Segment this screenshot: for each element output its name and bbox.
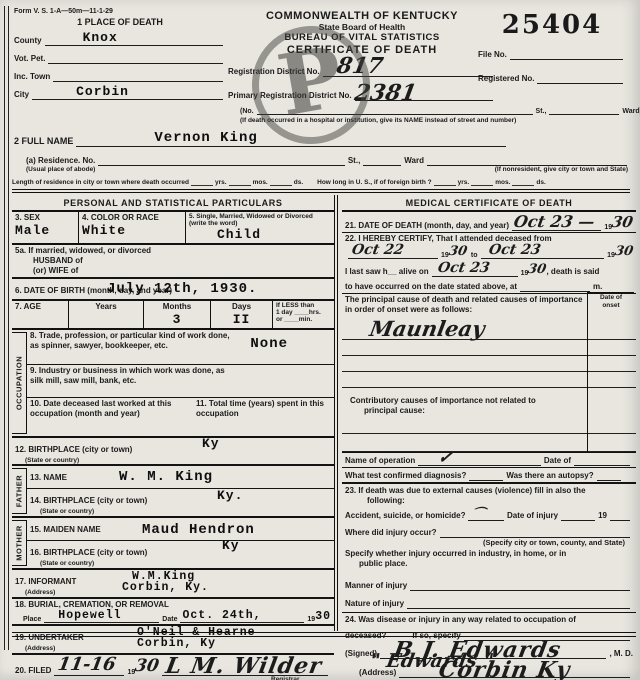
- item24-text2: deceased?: [345, 631, 386, 641]
- length-of-residence-row: Length of residence in city or town wher…: [12, 176, 630, 193]
- filed-year-value: 30: [133, 656, 160, 676]
- sex-label: 3. SEX: [15, 213, 75, 223]
- mos2-label: mos.: [495, 179, 510, 186]
- medical-certificate-column: MEDICAL CERTIFICATE OF DEATH 21. DATE OF…: [338, 195, 636, 631]
- full-name-label: 2 FULL NAME: [14, 136, 73, 147]
- residence-row: (a) Residence. No. St., Ward: [14, 154, 630, 166]
- date-of-death-row: 21. DATE OF DEATH (month, day, and year)…: [342, 212, 636, 233]
- nature-field: [407, 597, 630, 609]
- residence-st-field: [363, 154, 401, 166]
- age-cell: 7. AGE: [12, 301, 68, 328]
- occurred-at-field: [520, 280, 590, 292]
- date-of-death-value: Oct 23 —: [512, 212, 596, 231]
- item5a-row: 5a. If married, widowed, or divorced HUS…: [12, 245, 334, 279]
- burial-row: 18. BURIAL, CREMATION, OR REMOVAL Place …: [12, 599, 334, 626]
- city-row: City Corbin: [14, 88, 226, 100]
- howlong-mos-field: [471, 176, 493, 186]
- mother-gutter: MOTHER: [12, 520, 27, 566]
- accident-field: ⌒: [468, 509, 504, 521]
- sex-value: Male: [15, 223, 75, 238]
- file-no-label: File No.: [478, 50, 507, 60]
- occurred-label: to have occurred on the date stated abov…: [345, 282, 517, 292]
- item10-label: 10. Date deceased last worked at this oc…: [30, 399, 190, 435]
- age-label: 7. AGE: [15, 302, 65, 312]
- filed-date-value: 11-16: [57, 654, 118, 675]
- residence-st-label: St.,: [348, 156, 360, 166]
- accident-mark: ⌒: [471, 503, 487, 522]
- lastsaw-label: I last saw h__ alive on: [345, 267, 429, 277]
- father-gutter: FATHER: [12, 468, 27, 514]
- days-label: Days: [214, 302, 269, 312]
- specify-whether-text2: public place.: [359, 559, 633, 569]
- occupation-vertical-label: OCCUPATION: [15, 356, 24, 410]
- city-label: City: [14, 90, 29, 100]
- burial-date-value: Oct. 24th,: [182, 609, 261, 622]
- county-row: County Knox: [14, 34, 226, 46]
- length-mos-field: [229, 176, 251, 186]
- ds2-label: ds.: [536, 179, 545, 186]
- informant-address: Corbin, Ky.: [122, 581, 209, 594]
- undertaker-address: Corbin, Ky: [137, 637, 216, 650]
- item15-label: 15. MAIDEN NAME: [30, 525, 101, 534]
- date-of-label: Date of: [544, 456, 571, 466]
- burial-date-field: Oct. 24th,: [180, 611, 304, 623]
- abode-note: (Usual place of abode): [26, 166, 95, 173]
- item12-subnote: (State or country): [25, 457, 331, 464]
- registrar-signature: L M. Wilder: [164, 653, 324, 679]
- burial-year-prefix: 19: [307, 616, 315, 623]
- primary-registration-field: 2381: [355, 89, 493, 101]
- occupation-gutter: OCCUPATION: [12, 332, 27, 434]
- marital-cell: 5. Single, Married, Widowed or Divorced …: [185, 212, 334, 243]
- nature-label: Nature of injury: [345, 599, 404, 609]
- operation-row: Name of operation ✓ Date of: [342, 453, 636, 468]
- item15-value: Maud Hendron: [142, 522, 255, 538]
- father-group: FATHER 13. NAME W. M. King 14. BIRTHPLAC…: [12, 466, 334, 518]
- residence-no-field: [98, 154, 344, 166]
- item16-row: 16. BIRTHPLACE (city or town) Ky (State …: [27, 541, 334, 568]
- heading-line2: State Board of Health: [228, 22, 496, 32]
- county-field: Knox: [45, 34, 223, 46]
- father-vertical-label: FATHER: [15, 475, 24, 507]
- occupation-group: OCCUPATION 8. Trade, profession, or part…: [12, 330, 334, 438]
- accident-label: Accident, suicide, or homicide?: [345, 511, 465, 521]
- age-row: 7. AGE Years Months 3 Days II If LESS th…: [12, 301, 334, 330]
- item23-text2: following:: [367, 496, 633, 506]
- autopsy-label: Was there an autopsy?: [506, 471, 593, 481]
- item24-text1: 24. Was disease or injury in any way rel…: [345, 615, 633, 625]
- cause-value: Maunleay: [368, 316, 487, 341]
- county-value: Knox: [83, 30, 118, 45]
- street-no-label: (No.: [240, 108, 254, 115]
- certify-block: 22. I HEREBY CERTIFY, That I attended de…: [342, 233, 636, 294]
- hrs-label: hrs.: [309, 309, 321, 316]
- handwritten-annotation: " Edwards ": [368, 650, 495, 672]
- filed-label: 20. FILED: [15, 666, 51, 676]
- item11-label: 11. Total time (years) spent in this occ…: [196, 399, 331, 435]
- date-of-death-label: 21. DATE OF DEATH (month, day, and year): [345, 221, 509, 231]
- burial-place-field: Hopewell: [44, 611, 159, 623]
- informant-label: 17. INFORMANT: [15, 577, 76, 586]
- item5a-label: 5a. If married, widowed, or divorced: [15, 246, 331, 256]
- certificate-serial-number: 25404: [478, 10, 626, 40]
- months-value: 3: [147, 312, 207, 327]
- date-injury-field: [561, 509, 595, 521]
- burial-place-label: Place: [23, 616, 41, 623]
- item8-value: None: [250, 336, 288, 352]
- test-label: What test confirmed diagnosis?: [345, 471, 466, 481]
- injury-year-prefix: 19: [598, 511, 607, 521]
- date-of-onset-box: Date of onset: [587, 292, 634, 452]
- burial-date-label: Date: [162, 616, 177, 623]
- operation-field: ✓: [418, 454, 541, 466]
- length-ds-field: [270, 176, 292, 186]
- howlong-label: How long in U. S., if of foreign birth ?: [317, 179, 431, 186]
- item14-value: Ky.: [217, 488, 243, 503]
- specify-city-note: (Specify city or town, county, and State…: [345, 538, 625, 547]
- item15-row: 15. MAIDEN NAME Maud Hendron: [27, 518, 334, 541]
- medical-title: MEDICAL CERTIFICATE OF DEATH: [342, 195, 636, 212]
- injury-year-field: [610, 509, 630, 521]
- inc-town-label: Inc. Town: [14, 72, 50, 82]
- lastsaw-value: Oct 23: [436, 260, 490, 276]
- lastsaw-field: Oct 23: [432, 265, 518, 277]
- sex-race-marital-row: 3. SEX Male 4. COLOR OR RACE White 5. Si…: [12, 212, 334, 245]
- residence-label: (a) Residence. No.: [26, 156, 95, 166]
- item14-subnote: (State or country): [40, 508, 331, 515]
- months-label: Months: [147, 302, 207, 312]
- min-label: min.: [299, 316, 312, 323]
- form-header: P Form V. S. 1-A—50m—11-1-29 1 PLACE OF …: [12, 0, 636, 133]
- inc-town-field: [53, 70, 223, 82]
- undertaker-row: 19. UNDERTAKER O'Neil & Hearne Corbin, K…: [12, 626, 334, 655]
- item12-label: 12. BIRTHPLACE (city or town): [15, 445, 132, 454]
- death-certificate-scan: P Form V. S. 1-A—50m—11-1-29 1 PLACE OF …: [0, 0, 640, 680]
- less2-label: 1 day: [276, 309, 293, 316]
- item13-row: 13. NAME W. M. King: [27, 466, 334, 489]
- heading-line3: BUREAU OF VITAL STATISTICS: [228, 32, 496, 43]
- mother-group: MOTHER 15. MAIDEN NAME Maud Hendron 16. …: [12, 518, 334, 570]
- undertaker-label: 19. UNDERTAKER: [15, 633, 84, 642]
- item10-11-row: 10. Date deceased last worked at this oc…: [27, 398, 334, 436]
- age-less-cell: If LESS than 1 day ____hrs. or ____min.: [272, 301, 334, 328]
- date-of-death-field: Oct 23 —: [512, 219, 601, 231]
- item8-row: 8. Trade, profession, or particular kind…: [27, 330, 334, 365]
- lastsaw-year-value: 30: [527, 262, 548, 277]
- mother-vertical-label: MOTHER: [15, 525, 24, 561]
- vot-pet-row: Vot. Pet.: [14, 52, 226, 64]
- yrs2-label: yrs.: [458, 179, 470, 186]
- age-years-cell: Years: [68, 301, 143, 328]
- registered-no-label: Registered No.: [478, 74, 534, 84]
- burial-year-value: 30: [315, 610, 331, 623]
- wife-label: (or) WIFE of: [33, 266, 331, 276]
- full-name-value: Vernon King: [154, 130, 257, 146]
- to-year-value: 30: [614, 244, 635, 259]
- file-number-block: 25404 File No. Registered No.: [478, 10, 626, 84]
- registrar-sig-field: L M. Wilder: [162, 664, 328, 676]
- item14-label: 14. BIRTHPLACE (city or town): [30, 496, 147, 505]
- where-injury-field: [440, 526, 630, 538]
- dod-year-value: 30: [611, 213, 635, 231]
- informant-row: 17. INFORMANT W.M.King Corbin, Ky. (Addr…: [12, 570, 334, 599]
- p-stamp-letter: P: [271, 27, 350, 135]
- place-of-death-block: Form V. S. 1-A—50m—11-1-29 1 PLACE OF DE…: [14, 8, 226, 100]
- street-ward-label: Ward): [622, 108, 640, 115]
- city-value: Corbin: [76, 84, 129, 99]
- item9-row: 9. Industry or business in which work wa…: [27, 365, 334, 398]
- race-value: White: [82, 223, 182, 238]
- contributory-label1: Contributory causes of importance not re…: [350, 396, 586, 406]
- operation-checkmark: ✓: [436, 447, 455, 468]
- race-label: 4. COLOR OR RACE: [82, 213, 182, 223]
- attended-to-value: Oct 23: [487, 242, 541, 258]
- autopsy-field: [597, 469, 621, 481]
- howlong-yrs-field: [434, 176, 456, 186]
- manner-field: [410, 579, 630, 591]
- md-label: , M. D.: [609, 649, 633, 659]
- age-days-cell: Days II: [210, 301, 272, 328]
- place-of-death-label: 1 PLACE OF DEATH: [14, 17, 226, 28]
- form-number: Form V. S. 1-A—50m—11-1-29: [14, 8, 226, 15]
- item9-label: 9. Industry or business in which work wa…: [30, 366, 240, 386]
- yrs-label: yrs.: [215, 179, 227, 186]
- to-label: to: [471, 252, 478, 259]
- street-st-field: [549, 103, 619, 115]
- where-injury-label: Where did injury occur?: [345, 528, 437, 538]
- date-injury-label: Date of injury: [507, 511, 558, 521]
- item8-label: 8. Trade, profession, or particular kind…: [30, 331, 230, 351]
- m-label: m.: [593, 282, 602, 292]
- item12-row: 12. BIRTHPLACE (city or town) Ky (State …: [12, 438, 334, 466]
- inc-town-row: Inc. Town: [14, 70, 226, 82]
- ds-label: ds.: [294, 179, 303, 186]
- test-autopsy-row: What test confirmed diagnosis? Was there…: [342, 468, 636, 484]
- manner-of-injury-row: Manner of injury: [342, 579, 636, 591]
- burial-place-value: Hopewell: [58, 609, 121, 622]
- cause-of-death-block: The principal cause of death and related…: [342, 294, 636, 453]
- item14-row: 14. BIRTHPLACE (city or town) Ky. (State…: [27, 489, 334, 516]
- item16-value: Ky: [222, 538, 240, 553]
- item13-label: 13. NAME: [30, 473, 67, 482]
- manner-label: Manner of injury: [345, 581, 407, 591]
- registered-no-field: [537, 72, 623, 84]
- residence-subnotes: (Usual place of abode) (If nonresident, …: [26, 166, 628, 173]
- item13-value: W. M. King: [119, 469, 213, 485]
- file-no-field: [510, 48, 623, 60]
- howlong-ds-field: [512, 176, 534, 186]
- vot-pet-label: Vot. Pet.: [14, 54, 45, 64]
- file-no-row: File No.: [478, 48, 626, 60]
- operation-label: Name of operation: [345, 456, 415, 466]
- dob-value: July 12th, 1930.: [107, 281, 257, 297]
- length-label: Length of residence in city or town wher…: [12, 179, 189, 186]
- date-of-onset-label1: Date of: [588, 294, 634, 301]
- street-st-label: St.,: [536, 108, 547, 115]
- mos-label: mos.: [253, 179, 268, 186]
- personal-particulars-column: PERSONAL AND STATISTICAL PARTICULARS 3. …: [12, 195, 338, 631]
- specify-whether-text1: Specify whether injury occurred in indus…: [345, 549, 633, 559]
- item23-text1: 23. If death was due to external causes …: [345, 486, 633, 496]
- item16-label: 16. BIRTHPLACE (city or town): [30, 548, 147, 557]
- filed-row: 20. FILED 11-16 19 30 L M. Wilder Regist…: [12, 655, 334, 680]
- age-months-cell: Months 3: [143, 301, 210, 328]
- test-field: [469, 469, 503, 481]
- residence-ward-label: Ward: [404, 156, 424, 166]
- heading-line1: COMMONWEALTH OF KENTUCKY: [228, 10, 496, 22]
- attended-from-value: Oct 22: [351, 242, 405, 258]
- marital-value: Child: [217, 227, 331, 242]
- attended-from-field: Oct 22: [348, 247, 438, 259]
- personal-title: PERSONAL AND STATISTICAL PARTICULARS: [12, 195, 334, 212]
- filed-date-field: 11-16: [54, 664, 124, 676]
- nature-of-injury-row: Nature of injury: [342, 597, 636, 613]
- attended-to-field: Oct 23: [481, 247, 605, 259]
- vot-pet-field: [48, 52, 223, 64]
- item12-value: Ky: [202, 436, 220, 451]
- from-year-value: 30: [447, 244, 468, 259]
- sex-cell: 3. SEX Male: [12, 212, 78, 243]
- registered-no-row: Registered No.: [478, 72, 626, 84]
- length-yrs-field: [191, 176, 213, 186]
- city-field: Corbin: [32, 88, 223, 100]
- dob-row: 6. DATE OF BIRTH (month, day, and year) …: [12, 279, 334, 301]
- days-value: II: [214, 312, 269, 327]
- marital-label: 5. Single, Married, Widowed or Divorced …: [189, 213, 331, 227]
- date-of-onset-label2: onset: [588, 302, 634, 309]
- county-label: County: [14, 36, 42, 46]
- residence-ward-field: [427, 154, 627, 166]
- death-said-label: , death is said: [546, 267, 599, 277]
- less1-label: If LESS than: [276, 302, 331, 309]
- husband-label: HUSBAND of: [33, 256, 331, 266]
- years-label: Years: [72, 302, 140, 312]
- external-causes-block: 23. If death was due to external causes …: [342, 484, 636, 569]
- contributory-label2: principal cause:: [364, 406, 586, 416]
- item16-subnote: (State or country): [40, 560, 331, 567]
- operation-date-field: [574, 454, 630, 466]
- or-label: or: [276, 316, 283, 323]
- nonresident-note: (If nonresident, give city or town and S…: [495, 166, 628, 173]
- race-cell: 4. COLOR OR RACE White: [78, 212, 185, 243]
